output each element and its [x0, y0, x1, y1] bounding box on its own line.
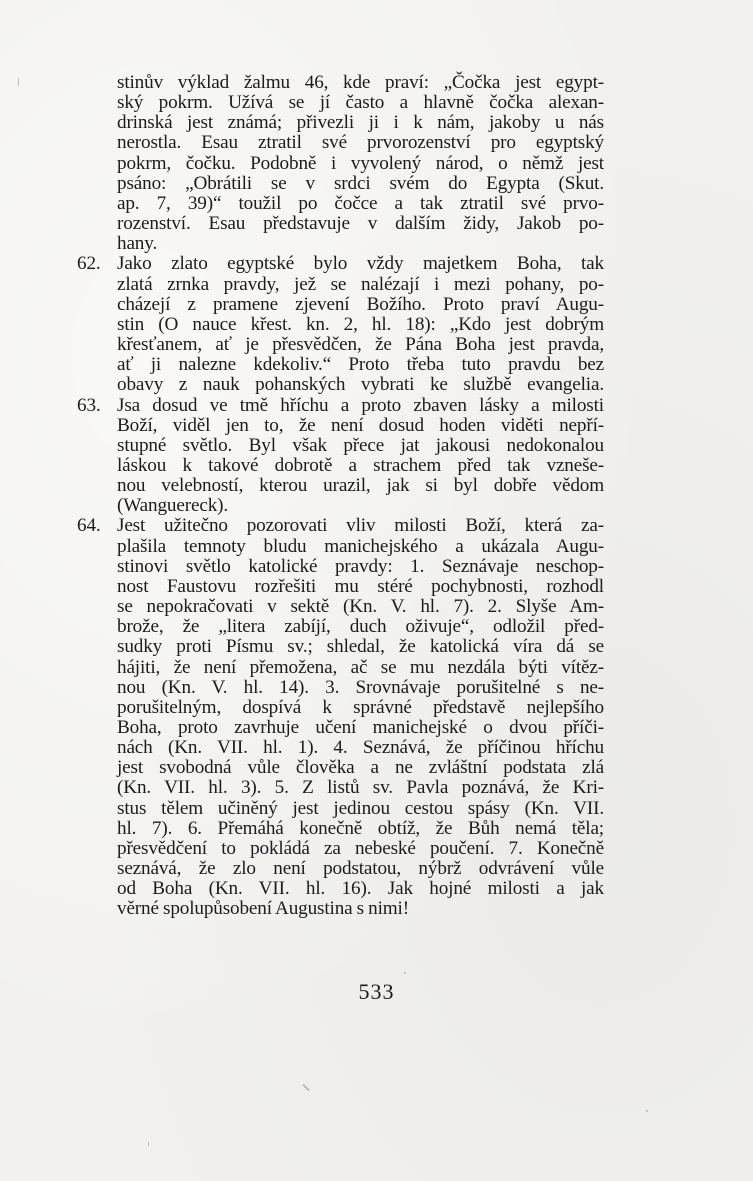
text-line: křesťanem, ať je přesvědčen, že Pána Boh…	[117, 335, 604, 355]
text-line: (Kn. VII. hl. 3). 5. Z listů sv. Pavla p…	[117, 778, 604, 798]
intro-paragraph: stinův výklad žalmu 46, kde praví: „Čočk…	[117, 73, 604, 254]
text-line: psáno: „Obrátili se v srdci svém do Egyp…	[117, 174, 604, 194]
text-line: ský pokrm. Užívá se jí často a hlavně čo…	[117, 93, 604, 113]
text-line: od Boha (Kn. VII. hl. 16). Jak hojné mil…	[117, 879, 604, 899]
text-line: Jest užitečno pozorovati vliv milosti Bo…	[117, 516, 604, 536]
text-line: Boží, viděl jen to, že není dosud hoden …	[117, 416, 604, 436]
text-line: stinovi světlo katolické pravdy: 1. Sezn…	[117, 557, 604, 577]
text-line: sudky proti Písmu sv.; shledal, že katol…	[117, 637, 604, 657]
text-line: Jako zlato egyptské bylo vždy majetkem B…	[117, 254, 604, 274]
text-line: se nepokračovati v sektě (Kn. V. hl. 7).…	[117, 597, 604, 617]
text-line: porušitelným, dospívá k správné představ…	[117, 698, 604, 718]
note-number: 62.	[77, 254, 115, 274]
note-item-64: 64. Jest užitečno pozorovati vliv milost…	[117, 516, 604, 919]
text-line: ať ji nalezne kdekoliv.“ Proto třeba tut…	[117, 355, 604, 375]
text-line: zlatá zrnka pravdy, jež se nalézají i me…	[117, 275, 604, 295]
text-line: láskou k takové dobrotě a strachem před …	[117, 456, 604, 476]
paper-speck	[148, 1142, 149, 1146]
note-number: 64.	[77, 516, 115, 536]
note-item-62: 62. Jako zlato egyptské bylo vždy majetk…	[117, 254, 604, 395]
text-line: nerostla. Esau ztratil své prvorozenství…	[117, 133, 604, 153]
text-line: nost Faustovu rozřešiti mu stéré pochybn…	[117, 577, 604, 597]
text-line: cházejí z pramene zjevení Božího. Proto …	[117, 295, 604, 315]
text-line: nou velebností, kterou urazil, jak si by…	[117, 476, 604, 496]
text-line: plašila temnoty bludu manichejského a uk…	[117, 537, 604, 557]
text-line: rozenství. Esau představuje v dalším žid…	[117, 214, 604, 234]
text-line: přesvědčení to pokládá za nebeské poučen…	[117, 839, 604, 859]
text-line: brože, že „litera zabíjí, duch oživuje“,…	[117, 617, 604, 637]
text-line: nou (Kn. V. hl. 14). 3. Srovnávaje poruš…	[117, 678, 604, 698]
text-line: Jsa dosud ve tmě hříchu a proto zbaven l…	[117, 396, 604, 416]
paper-speck	[646, 1110, 648, 1112]
paper-speck	[18, 78, 19, 86]
note-number: 63.	[77, 396, 115, 416]
text-line: obavy z nauk pohanských vybrati ke služb…	[117, 375, 604, 395]
text-line: hájiti, že není přemožena, ač se mu nezd…	[117, 658, 604, 678]
text-line: seznává, že zlo není podstatou, nýbrž od…	[117, 859, 604, 879]
text-line: jest svobodná vůle člověka a ne zvláštní…	[117, 758, 604, 778]
text-line: hl. 7). 6. Přemáhá konečně obtíž, že Bůh…	[117, 819, 604, 839]
text-line: stinův výklad žalmu 46, kde praví: „Čočk…	[117, 73, 604, 93]
text-line: Boha, proto zavrhuje učení manichejské o…	[117, 718, 604, 738]
text-line: stupné světlo. Byl však přece jat jakous…	[117, 436, 604, 456]
text-line: věrné spolupůsobení Augustina s nimi!	[117, 899, 604, 919]
text-line: ap. 7, 39)“ toužil po čočce a tak ztrati…	[117, 194, 604, 214]
book-page-text: stinův výklad žalmu 46, kde praví: „Čočk…	[117, 73, 604, 920]
text-line: drinská jest známá; přivezli ji i k nám,…	[117, 113, 604, 133]
paper-speck	[404, 972, 406, 974]
text-line: (Wanguereck).	[117, 496, 604, 516]
text-line: stin (O nauce křest. kn. 2, hl. 18): „Kd…	[117, 315, 604, 335]
text-line: hany.	[117, 234, 604, 254]
note-item-63: 63. Jsa dosud ve tmě hříchu a proto zbav…	[117, 396, 604, 517]
text-line: nách (Kn. VII. hl. 1). 4. Seznává, že př…	[117, 738, 604, 758]
text-line: stus tělem učiněný jest jedinou cestou s…	[117, 799, 604, 819]
text-line: pokrm, čočku. Podobně i vyvolený národ, …	[117, 154, 604, 174]
page-number: 533	[0, 979, 753, 1005]
